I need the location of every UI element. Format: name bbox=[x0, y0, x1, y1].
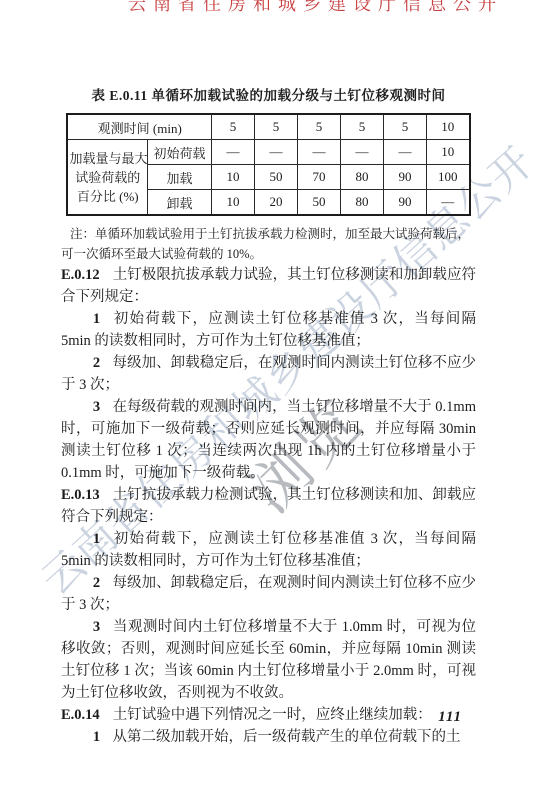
clause-id: E.0.14 bbox=[61, 707, 100, 723]
value-cell: 90 bbox=[384, 190, 427, 216]
item-number: 3 bbox=[93, 399, 100, 415]
header-value-cell: 5 bbox=[341, 114, 384, 140]
clause-heading: E.0.12土钉极限抗拔承载力试验，其土钉位移测读和加卸载应符合下列规定： bbox=[61, 264, 476, 308]
row-label-cell: 初始荷载 bbox=[147, 140, 211, 165]
document-page: 云南省住房和城乡建设厅信息公开 云南省住房和城乡建设厅信息公开 浏览 表 E.0… bbox=[0, 0, 536, 793]
value-cell: — bbox=[341, 140, 384, 165]
value-cell: 100 bbox=[427, 165, 470, 190]
row-label-cell: 加载 bbox=[147, 165, 211, 190]
top-red-watermark-text: 云南省住房和城乡建设厅信息公开 bbox=[128, 0, 503, 13]
header-label-cell: 观测时间 (min) bbox=[67, 114, 211, 140]
clause-text: 土钉抗拔承载力检测试验，其土钉位移测读和加、卸载应符合下列规定： bbox=[61, 487, 476, 525]
value-cell: 10 bbox=[427, 140, 470, 165]
clause-text: 土钉试验中遇下列情况之一时，应终止继续加载： bbox=[113, 707, 432, 723]
group-label-line: 百分比 (%) bbox=[69, 187, 146, 206]
clause-heading: E.0.14土钉试验中遇下列情况之一时，应终止继续加载： bbox=[61, 704, 476, 726]
clause-heading: E.0.13土钉抗拔承载力检测试验，其土钉位移测读和加、卸载应符合下列规定： bbox=[61, 484, 476, 528]
clause-sub-item: 3当观测时间内土钉位移增量不大于 1.0mm 时，可视为位移收敛；否则，观测时间… bbox=[61, 616, 476, 704]
value-cell: 10 bbox=[212, 190, 255, 216]
value-cell: 80 bbox=[341, 165, 384, 190]
clause-id: E.0.12 bbox=[61, 267, 100, 283]
value-cell: 10 bbox=[212, 165, 255, 190]
clause-sub-item: 1初始荷载下，应测读土钉位移基准值 3 次，当每间隔 5min 的读数相同时，方… bbox=[61, 528, 476, 572]
item-number: 2 bbox=[93, 355, 100, 371]
value-cell: 70 bbox=[298, 165, 341, 190]
value-cell: 90 bbox=[384, 165, 427, 190]
value-cell: 50 bbox=[298, 190, 341, 216]
observation-table: 观测时间 (min) 5 5 5 5 5 10 加载量与最大 试验荷载的 百分比… bbox=[66, 113, 470, 216]
page-number: 111 bbox=[438, 709, 462, 726]
item-text: 每级加、卸载稳定后，在观测时间内测读土钉位移不应少于 3 次； bbox=[61, 355, 476, 393]
value-cell: — bbox=[427, 190, 470, 216]
group-label-cell: 加载量与最大 试验荷载的 百分比 (%) bbox=[67, 140, 147, 216]
header-value-cell: 5 bbox=[298, 114, 341, 140]
value-cell: 50 bbox=[255, 165, 298, 190]
value-cell: 80 bbox=[341, 190, 384, 216]
content-column: 表 E.0.11 单循环加载试验的加载分级与土钉位移观测时间 观测时间 (min… bbox=[61, 84, 476, 748]
item-number: 1 bbox=[93, 729, 100, 745]
item-text: 在每级荷载的观测时间内，当土钉位移增量不大于 0.1mm 时，可施加下一级荷载；… bbox=[61, 399, 476, 481]
header-value-cell: 5 bbox=[212, 114, 255, 140]
value-cell: — bbox=[255, 140, 298, 165]
item-number: 1 bbox=[93, 311, 100, 327]
group-label-line: 试验荷载的 bbox=[69, 168, 146, 187]
value-cell: — bbox=[212, 140, 255, 165]
top-red-clipped-band: 云南省住房和城乡建设厅信息公开 bbox=[0, 0, 536, 13]
item-text: 从第二级加载开始，后一级荷载产生的单位荷载下的土 bbox=[112, 729, 460, 745]
header-value-cell: 5 bbox=[255, 114, 298, 140]
row-label-cell: 卸载 bbox=[147, 190, 211, 216]
table-row: 观测时间 (min) 5 5 5 5 5 10 bbox=[67, 114, 469, 140]
value-cell: 20 bbox=[255, 190, 298, 216]
table-note-line: 注：单循环加载试验用于土钉抗拔承载力检测时，加至最大试验荷载后， bbox=[61, 224, 476, 244]
table-row: 加载量与最大 试验荷载的 百分比 (%) 初始荷载 — — — — — 10 bbox=[67, 140, 469, 165]
clauses-body: E.0.12土钉极限抗拔承载力试验，其土钉位移测读和加卸载应符合下列规定： 1初… bbox=[61, 264, 476, 748]
clause-sub-item: 1初始荷载下，应测读土钉位移基准值 3 次，当每间隔 5min 的读数相同时，方… bbox=[61, 308, 476, 352]
group-label-line: 加载量与最大 bbox=[69, 149, 146, 168]
table-note-line: 可一次循环至最大试验荷载的 10%。 bbox=[61, 244, 476, 264]
header-value-cell: 5 bbox=[384, 114, 427, 140]
table-title: 表 E.0.11 单循环加载试验的加载分级与土钉位移观测时间 bbox=[61, 84, 476, 104]
item-text: 初始荷载下，应测读土钉位移基准值 3 次，当每间隔 5min 的读数相同时，方可… bbox=[61, 311, 476, 349]
value-cell: — bbox=[298, 140, 341, 165]
item-text: 每级加、卸载稳定后，在观测时间内测读土钉位移不应少于 3 次； bbox=[61, 575, 476, 613]
clause-id: E.0.13 bbox=[61, 487, 100, 503]
clause-sub-item: 2每级加、卸载稳定后，在观测时间内测读土钉位移不应少于 3 次； bbox=[61, 572, 476, 616]
clause-text: 土钉极限抗拔承载力试验，其土钉位移测读和加卸载应符合下列规定： bbox=[61, 267, 476, 305]
value-cell: — bbox=[384, 140, 427, 165]
item-text: 初始荷载下，应测读土钉位移基准值 3 次，当每间隔 5min 的读数相同时，方可… bbox=[61, 531, 476, 569]
clause-sub-item: 1从第二级加载开始，后一级荷载产生的单位荷载下的土 bbox=[61, 726, 476, 748]
item-number: 1 bbox=[93, 531, 100, 547]
table-note: 注：单循环加载试验用于土钉抗拔承载力检测时，加至最大试验荷载后， 可一次循环至最… bbox=[61, 224, 476, 264]
item-number: 3 bbox=[93, 619, 100, 635]
clause-sub-item: 3在每级荷载的观测时间内，当土钉位移增量不大于 0.1mm 时，可施加下一级荷载… bbox=[61, 396, 476, 484]
item-number: 2 bbox=[93, 575, 100, 591]
header-value-cell: 10 bbox=[427, 114, 470, 140]
clause-sub-item: 2每级加、卸载稳定后，在观测时间内测读土钉位移不应少于 3 次； bbox=[61, 352, 476, 396]
item-text: 当观测时间内土钉位移增量不大于 1.0mm 时，可视为位移收敛；否则，观测时间应… bbox=[61, 619, 476, 701]
